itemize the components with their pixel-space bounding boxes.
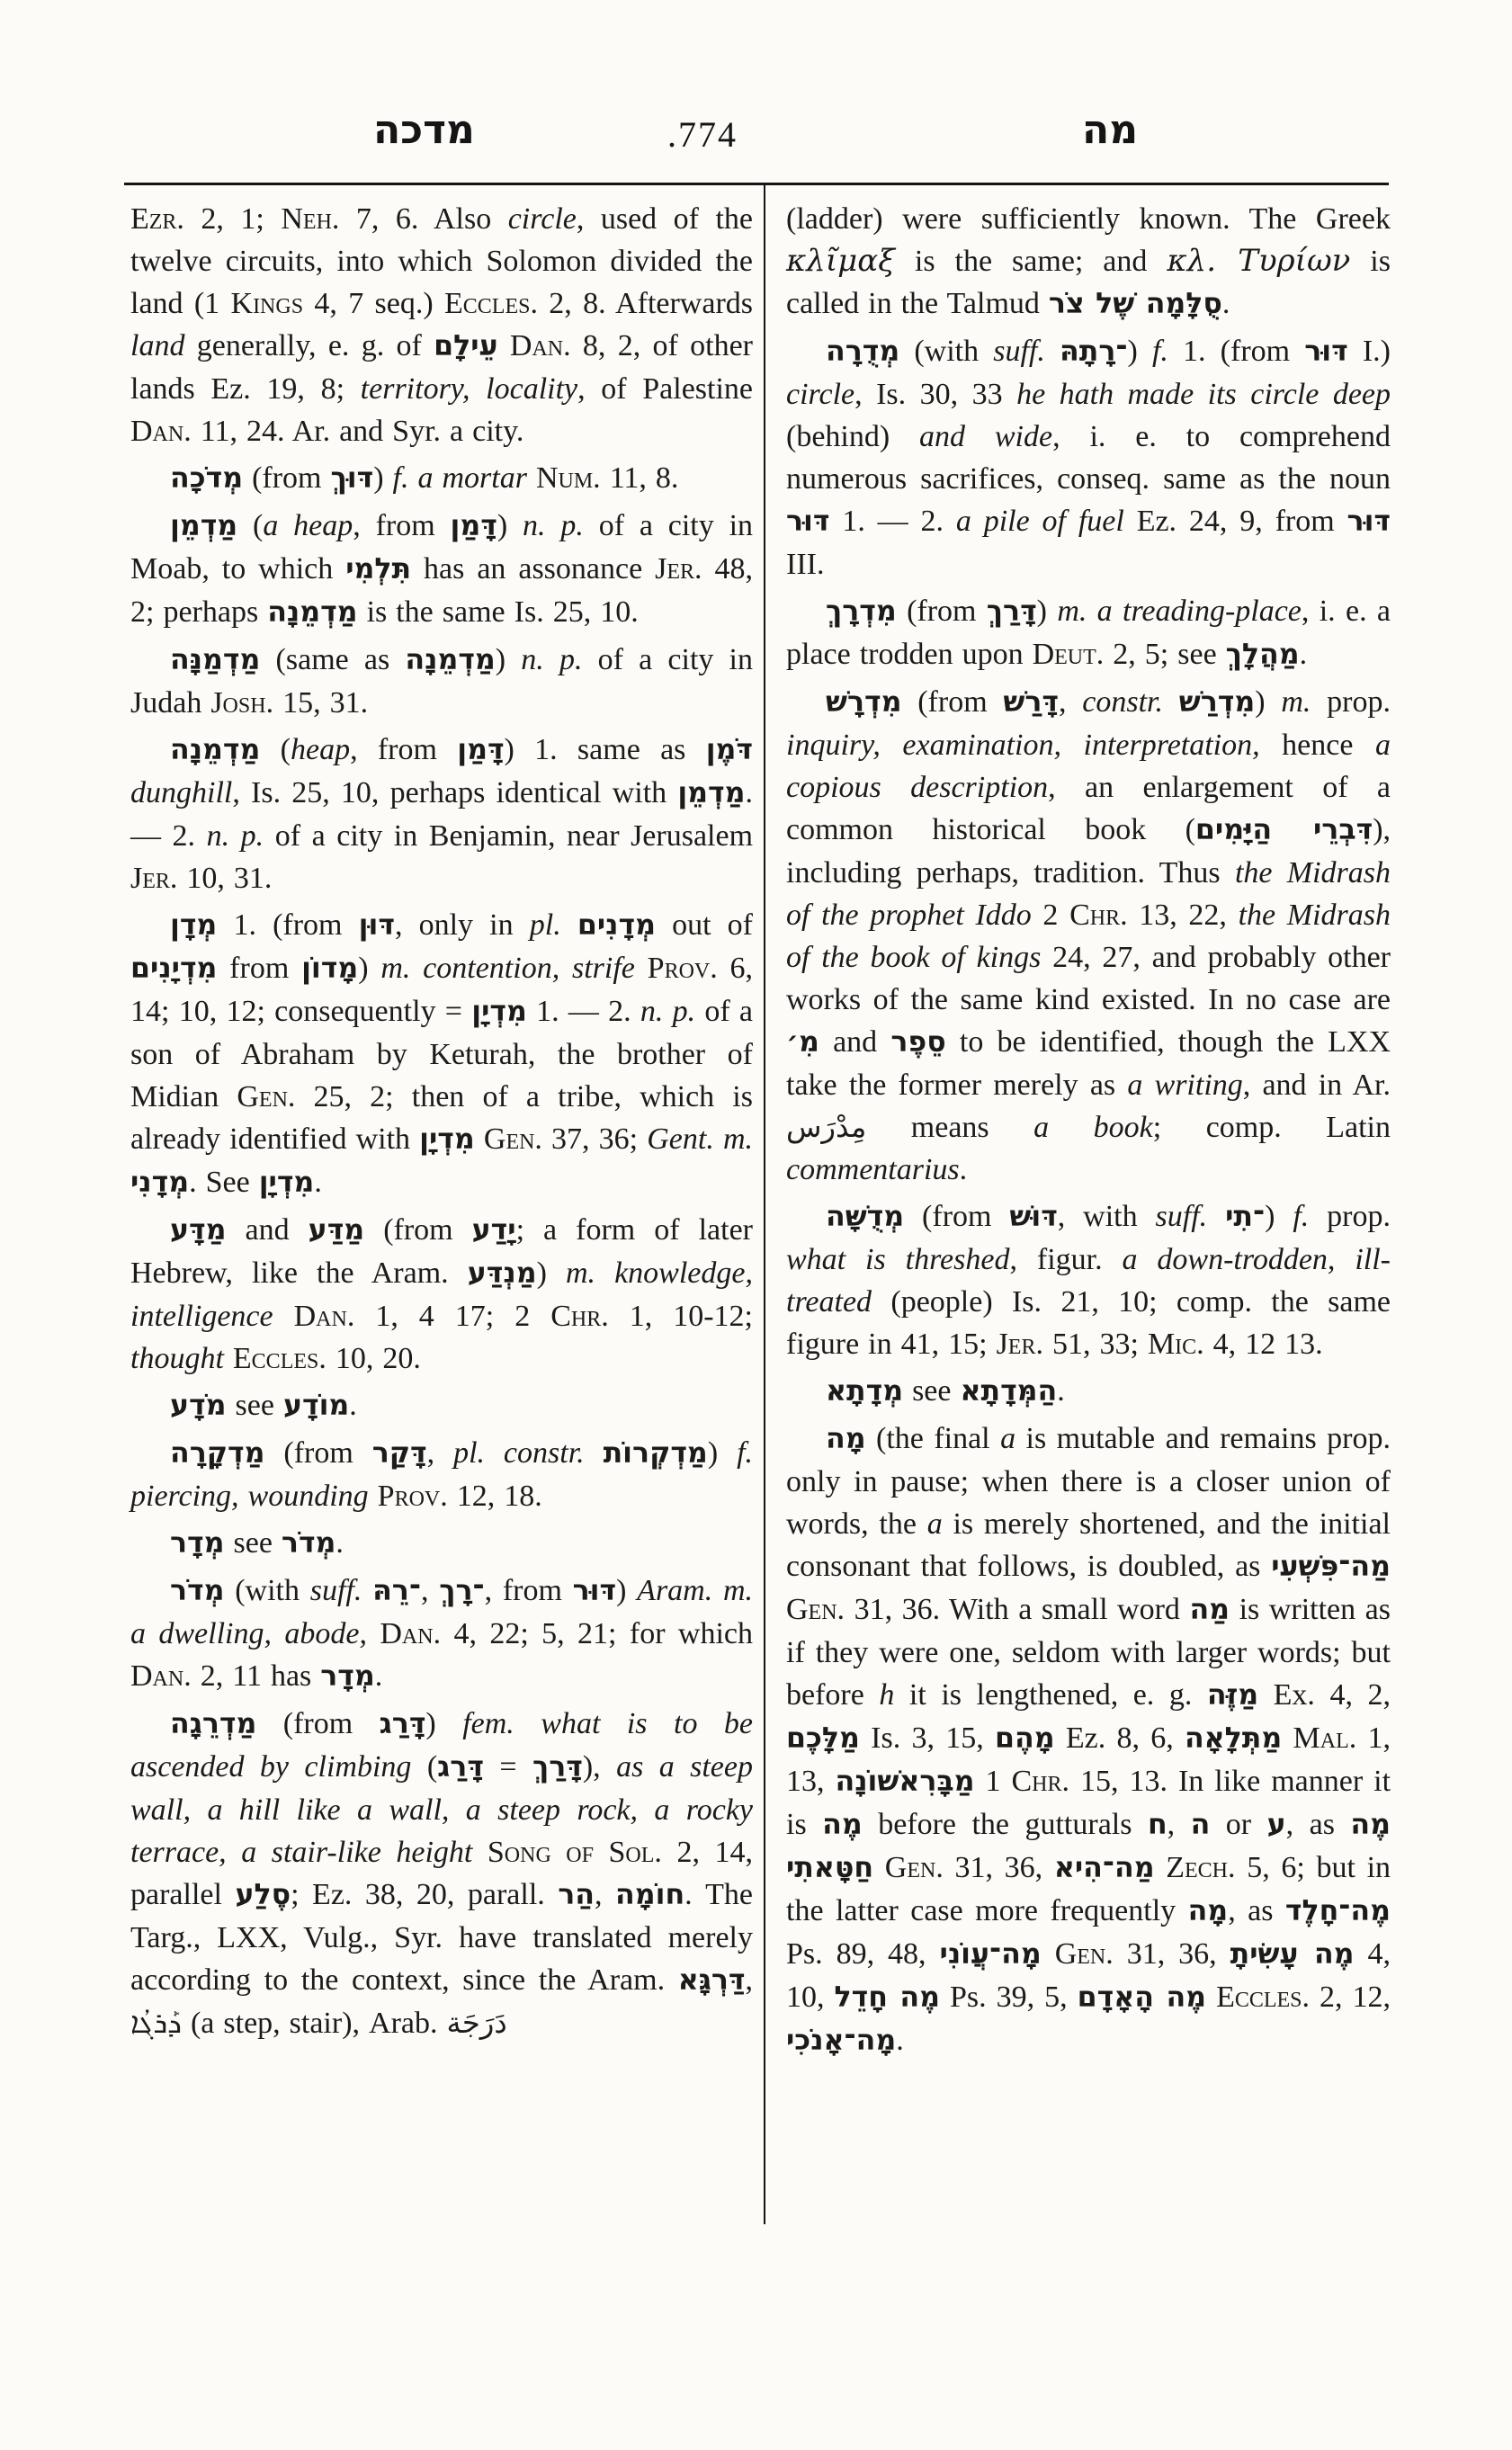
hebrew-text: מִדְיָן xyxy=(471,996,527,1028)
hebrew-text: דּוּר xyxy=(573,1575,616,1607)
body-text: , and in Ar. xyxy=(1243,1069,1391,1102)
body-text: ( xyxy=(237,509,263,542)
italic-text: land xyxy=(130,329,184,362)
body-text xyxy=(475,1122,484,1156)
body-text: (from xyxy=(256,1707,379,1740)
hebrew-text: מַדַּע xyxy=(309,1214,365,1247)
body-text: , of Palestine xyxy=(577,372,753,406)
body-text: from xyxy=(217,952,301,985)
body-text: , xyxy=(1168,1808,1191,1841)
italic-text: and wide xyxy=(919,420,1052,453)
hebrew-text: מְדֹכָה xyxy=(170,462,243,495)
body-text: generally, e. g. of xyxy=(184,329,434,362)
hebrew-text: ־רָתָהּ xyxy=(1060,335,1127,368)
body-text: 1. — 2. xyxy=(527,995,640,1028)
hebrew-text: סֶלַע xyxy=(235,1879,291,1911)
body-text: . xyxy=(1222,287,1230,320)
body-text: prop. xyxy=(1309,1200,1391,1233)
entry-paragraph: מַדְמֵנָה (heap, from דָּמַן) 1. same as… xyxy=(130,729,753,899)
body-text: , from xyxy=(353,509,450,542)
hebrew-text: מֶה חָדֵל xyxy=(835,1981,941,2014)
hebrew-text: דָּרַךְ xyxy=(987,595,1037,628)
hebrew-text: דָּרַג xyxy=(380,1708,426,1740)
reference-text: Dan. xyxy=(130,1659,192,1693)
entry-paragraph: מַדְמַנָּה (same as מַדְמֵנָה) n. p. of … xyxy=(130,639,753,724)
body-text xyxy=(224,1342,233,1375)
body-text: 11, 24. Ar. and Syr. a city. xyxy=(192,415,524,448)
continuation-paragraph: Ezr. 2, 1; Neh. 7, 6. Also circle, used … xyxy=(130,198,753,452)
hebrew-text: מָה xyxy=(1188,1895,1229,1927)
body-text xyxy=(367,1617,380,1650)
body-text: (from xyxy=(901,685,1003,719)
reference-text: Chr. xyxy=(1069,899,1128,932)
hebrew-text: מָדוֹן xyxy=(301,952,358,985)
reference-text: Gen. xyxy=(237,1080,295,1113)
hebrew-text: דָּמַן xyxy=(457,734,504,766)
body-text xyxy=(1163,685,1179,719)
italic-text: thought xyxy=(130,1342,224,1375)
body-text: ), xyxy=(583,1750,616,1784)
reference-text: Gen. xyxy=(484,1122,542,1156)
body-text: , xyxy=(595,1878,615,1911)
body-text: see xyxy=(227,1389,283,1422)
hebrew-text: דֹּמֶן xyxy=(706,734,753,766)
hebrew-text: מִדְיָנִים xyxy=(130,952,217,985)
hebrew-text: מֶה־חָלֶד xyxy=(1285,1895,1391,1927)
hebrew-text: מְדָתָא xyxy=(826,1375,903,1408)
hebrew-text: דָּקַר xyxy=(372,1437,427,1470)
entry-paragraph: מָה (the final a is mutable and remains … xyxy=(786,1417,1391,2062)
italic-text: heap xyxy=(291,733,350,766)
body-text: ) xyxy=(537,1256,566,1290)
entry-paragraph: מְדֹכָה (from דּוּךְ) f. a mortar Num. 1… xyxy=(130,457,753,500)
body-text: ) 1. same as xyxy=(505,733,706,766)
reference-text: Deut. xyxy=(1033,638,1105,671)
arabic-text: مِدْرَس xyxy=(786,1110,866,1144)
italic-text: territory, locality xyxy=(361,372,577,406)
hebrew-text: דּוּר xyxy=(1347,505,1391,538)
hebrew-text: מַה xyxy=(1189,1594,1230,1626)
hebrew-text: מַדְמֵן xyxy=(677,777,745,809)
italic-text: suff. xyxy=(993,335,1045,368)
body-text: or xyxy=(1210,1808,1266,1841)
body-text: , from xyxy=(350,733,457,766)
reference-text: Eccles. xyxy=(1216,1981,1310,2014)
body-text: (with xyxy=(899,335,993,368)
reference-text: Jer. xyxy=(655,552,702,586)
body-text: (with xyxy=(225,1574,310,1607)
italic-text: n. p. xyxy=(521,643,582,676)
body-text: (from xyxy=(264,1436,371,1470)
body-text xyxy=(369,1480,378,1513)
hebrew-text: מוֹדָע xyxy=(283,1390,349,1422)
body-text: , Is. 25, 10, perhaps identical with xyxy=(232,776,677,809)
body-text: . xyxy=(960,1153,968,1186)
hebrew-text: מִדְרָשׁ xyxy=(826,686,901,719)
reference-text: Eccles. xyxy=(233,1342,327,1375)
body-text: , xyxy=(1059,685,1082,719)
body-text: , from xyxy=(485,1574,573,1607)
body-text: 4, 7 seq.) xyxy=(303,287,444,320)
hebrew-text: מָה־אָנֹכִי xyxy=(786,2025,896,2057)
hebrew-text: מִדְיָן xyxy=(259,1167,315,1199)
body-text: 2, 1; xyxy=(184,202,281,236)
reference-text: Gen. xyxy=(786,1593,845,1626)
body-text: 10, 20. xyxy=(327,1342,421,1375)
entry-paragraph: מִדְרָשׁ (from דָּרַשׁ, constr. מִדְרַשׁ… xyxy=(786,681,1391,1191)
body-text: (from xyxy=(243,461,330,495)
body-text: = xyxy=(484,1750,532,1784)
hebrew-text: מַנְדַּע xyxy=(468,1257,537,1290)
hebrew-text: מַדְמַנָּה xyxy=(170,644,260,676)
entry-paragraph: מַדָּע and מַדַּע (from יָדַע; a form of… xyxy=(130,1209,753,1380)
header-rule xyxy=(124,183,1389,185)
body-text xyxy=(1206,1981,1216,2014)
italic-text: m. contention, strife xyxy=(380,952,635,985)
running-head-left: מדכה xyxy=(373,106,475,155)
reference-text: Jer. xyxy=(130,862,177,895)
italic-text: pl. xyxy=(530,908,561,942)
hebrew-text: מַבָּרִאשׁוֹנָה xyxy=(835,1766,974,1798)
hebrew-text: מְדָן xyxy=(170,909,217,942)
hebrew-text: דָּמַן xyxy=(451,510,497,542)
body-text: (same as xyxy=(260,643,405,676)
hebrew-text: מִדְיָן xyxy=(419,1123,475,1156)
hebrew-text: סֻלָּמָה שֶׁל צֹר xyxy=(1049,288,1222,320)
italic-text: m. xyxy=(1281,685,1311,719)
hebrew-text: מְדֻשָּׁה xyxy=(826,1201,904,1233)
hebrew-text: מִדְרָךְ xyxy=(826,595,897,628)
body-text: , with xyxy=(1058,1200,1156,1233)
body-text: 1. (from xyxy=(217,908,358,942)
body-text: Ex. 4, 2, xyxy=(1258,1678,1391,1712)
entry-paragraph: מִדְרָךְ (from דָּרַךְ) m. a treading-pl… xyxy=(786,590,1391,676)
body-text: 31, 36. With a small word xyxy=(845,1593,1189,1626)
body-text: , xyxy=(746,1963,754,1997)
body-text: ) xyxy=(708,1436,737,1470)
body-text: Ps. 89, 48, xyxy=(786,1937,940,1971)
body-text: before the gutturals xyxy=(863,1808,1148,1841)
reference-text: Ezr. xyxy=(130,202,184,236)
italic-text: n. p. xyxy=(207,819,264,853)
body-text: . xyxy=(375,1659,383,1693)
hebrew-text: מְדֹר xyxy=(170,1575,225,1607)
body-text xyxy=(472,1836,488,1869)
body-text: 10, 31. xyxy=(177,862,272,895)
body-text: (ladder) were sufficiently known. The Gr… xyxy=(786,202,1391,236)
italic-text: Gent. m. xyxy=(647,1122,753,1156)
body-text: ) xyxy=(1127,335,1151,368)
hebrew-text: הַמְּדָתָא xyxy=(960,1375,1057,1408)
entry-paragraph: מַדְרֵגָה (from דָּרַג) fem. what is to … xyxy=(130,1703,753,2044)
italic-text: m. a treading-place xyxy=(1057,595,1302,628)
body-text: ) xyxy=(373,461,392,495)
body-text: (the final xyxy=(866,1422,1000,1455)
italic-text: n. p. xyxy=(523,509,584,542)
hebrew-text: עֵילָם xyxy=(434,330,497,362)
left-column: Ezr. 2, 1; Neh. 7, 6. Also circle, used … xyxy=(130,198,753,2044)
body-text: 2, 8. Afterwards xyxy=(538,287,753,320)
reference-text: Kings xyxy=(231,287,304,320)
body-text: 13, 22, xyxy=(1128,899,1239,932)
right-column: (ladder) were sufficiently known. The Gr… xyxy=(786,198,1391,2062)
body-text: see xyxy=(903,1374,960,1408)
entry-paragraph: מַדְמֵן (a heap, from דָּמַן) n. p. of a… xyxy=(130,505,753,634)
entry-paragraph: מְדָתָא see הַמְּדָתָא. xyxy=(786,1370,1391,1413)
hebrew-text: מֶה עָשִׂיתָ xyxy=(1230,1938,1355,1971)
hebrew-text: ה xyxy=(1191,1809,1211,1841)
italic-text: a xyxy=(927,1507,943,1541)
hebrew-text: סֵפֶר xyxy=(890,1026,945,1059)
body-text: ( xyxy=(411,1750,437,1784)
body-text: it is lengthened, e. g. xyxy=(894,1678,1207,1712)
hebrew-text: ע xyxy=(1267,1809,1286,1841)
reference-text: Zech. xyxy=(1166,1851,1235,1884)
body-text: 12, 18. xyxy=(448,1480,542,1513)
reference-text: Song of Sol. xyxy=(488,1836,662,1869)
body-text: (from xyxy=(897,595,987,628)
hebrew-text: מָה xyxy=(826,1423,866,1455)
body-text xyxy=(527,461,536,495)
italic-text: f. xyxy=(1293,1200,1309,1233)
arabic-text: دَرَجَة xyxy=(447,2006,507,2040)
body-text: see xyxy=(225,1526,282,1560)
hebrew-text: מָהֶם xyxy=(995,1722,1055,1755)
body-text: 7, 6. Also xyxy=(339,202,507,236)
reference-text: Num. xyxy=(536,461,601,495)
body-text: 37, 36; xyxy=(542,1122,647,1156)
italic-text: commentarius xyxy=(786,1153,960,1186)
body-text: Is. 3, 15, xyxy=(860,1721,995,1755)
body-text: hence xyxy=(1260,729,1375,762)
entry-paragraph: מְדֹר (with suff. ־רֵהּ, ־רָךְ, from דּו… xyxy=(130,1569,753,1698)
body-text: , figur. xyxy=(1009,1243,1122,1276)
body-text xyxy=(1045,335,1060,368)
body-text: 1, 10-12; xyxy=(609,1300,753,1333)
body-text: is the same; and xyxy=(895,245,1167,278)
body-text: I.) xyxy=(1348,335,1391,368)
hebrew-text: דָּרַךְ xyxy=(532,1751,583,1784)
body-text: 2 xyxy=(1032,899,1069,932)
body-text xyxy=(873,1851,885,1884)
entry-paragraph: מְדָר see מְדֹר. xyxy=(130,1522,753,1565)
hebrew-text: מְדָר xyxy=(320,1660,375,1693)
entry-paragraph: מְדֻרָה (with suff. ־רָתָהּ) f. 1. (from… xyxy=(786,330,1391,586)
reference-text: Prov. xyxy=(378,1480,448,1513)
body-text: 51, 33; xyxy=(1043,1328,1148,1361)
reference-text: Mal. xyxy=(1293,1721,1357,1755)
body-text: . xyxy=(896,2024,904,2057)
hebrew-text: ח xyxy=(1148,1809,1168,1841)
body-text: . xyxy=(336,1526,344,1560)
body-text: 2, 12, xyxy=(1310,1981,1391,2014)
hebrew-text: מַה־הִיא xyxy=(1054,1852,1155,1884)
syriac-text: ܕܰܪܓܳܐ xyxy=(130,2006,182,2040)
body-text: of a city in Benjamin, near Jerusalem xyxy=(264,819,753,853)
body-text: . See xyxy=(189,1166,259,1199)
body-text: Ez. 8, 6, xyxy=(1055,1721,1185,1755)
reference-text: Dan. xyxy=(294,1300,355,1333)
reference-text: Dan. xyxy=(510,329,571,362)
hebrew-text: דִּבְרֵי הַיָּמִים xyxy=(1195,814,1373,846)
italic-text: suff. xyxy=(310,1574,362,1607)
italic-text: a writing xyxy=(1127,1069,1242,1102)
body-text: ; Ez. 38, 20, parall. xyxy=(291,1878,558,1911)
italic-text: circle xyxy=(508,202,577,236)
body-text: Ez. 24, 9, from xyxy=(1124,505,1347,538)
hebrew-text: מִ׳ xyxy=(786,1026,819,1059)
reference-text: Dan. xyxy=(130,415,192,448)
italic-text: constr. xyxy=(1082,685,1163,719)
body-text: III. xyxy=(786,548,824,581)
hebrew-text: מַדְקָרָה xyxy=(170,1437,264,1470)
hebrew-text: מְדָנִי xyxy=(130,1167,189,1199)
body-text: . xyxy=(1300,638,1308,671)
hebrew-text: מַדְמֵנָה xyxy=(170,734,260,766)
page-number: .774 xyxy=(667,113,738,156)
hebrew-text: דּוּר xyxy=(786,505,829,538)
greek-text: κλ. Τυρίων xyxy=(1167,243,1350,279)
body-text: and xyxy=(227,1213,309,1247)
hebrew-text: ־רָךְ xyxy=(439,1575,484,1607)
body-text: 2, 11 has xyxy=(192,1659,321,1693)
hebrew-text: מַזֶּה xyxy=(1207,1679,1258,1712)
hebrew-text: מָה־עֲוֹנִי xyxy=(940,1938,1042,1971)
hebrew-text: מַתְּלָאָה xyxy=(1185,1722,1282,1755)
body-text: ) xyxy=(1265,1200,1293,1233)
hebrew-text: דּוּן xyxy=(359,909,395,942)
body-text: , xyxy=(427,1436,453,1470)
hebrew-text: דַּרְגָּא xyxy=(678,1964,746,1997)
body-text: 15, 31. xyxy=(273,686,368,720)
hebrew-text: מְדֹר xyxy=(282,1527,336,1560)
hebrew-text: מַה־פִּשְׁעִי xyxy=(1271,1551,1391,1583)
running-head-right: מה xyxy=(1082,106,1138,155)
body-text: ) xyxy=(425,1707,462,1740)
italic-text: dunghill xyxy=(130,776,232,809)
body-text: . xyxy=(349,1389,357,1422)
body-text: 1. (from xyxy=(1168,335,1304,368)
italic-text: n. p. xyxy=(640,995,695,1028)
entry-paragraph: מַדְקָרָה (from דָּקַר, pl. constr. מַדְ… xyxy=(130,1432,753,1517)
italic-text: f. a mortar xyxy=(393,461,527,495)
body-text: (from xyxy=(904,1200,1009,1233)
body-text xyxy=(1207,1200,1225,1233)
reference-text: Gen. xyxy=(1055,1937,1114,1971)
body-text: 4, 12 13. xyxy=(1204,1328,1323,1361)
hebrew-text: מַלָּכֶם xyxy=(786,1722,860,1755)
reference-text: Jer. xyxy=(997,1328,1043,1361)
italic-text: a xyxy=(1000,1422,1015,1455)
body-text xyxy=(498,329,510,362)
hebrew-text: דָּרַשׁ xyxy=(1003,686,1059,719)
body-text xyxy=(273,1300,294,1333)
body-text: Ps. 39, 5, xyxy=(940,1981,1078,2014)
body-text xyxy=(1282,1721,1293,1755)
body-text: ; comp. Latin xyxy=(1153,1111,1391,1144)
body-text: , only in xyxy=(395,908,530,942)
italic-text: circle xyxy=(786,378,854,411)
italic-text: h xyxy=(879,1678,894,1712)
reference-text: Mic. xyxy=(1148,1328,1204,1361)
hebrew-text: מַהֲלָךְ xyxy=(1226,639,1300,671)
column-divider xyxy=(764,183,765,2224)
body-text: (behind) xyxy=(786,420,919,453)
body-text: (a step, stair), Arab. xyxy=(182,2007,447,2040)
italic-text: what is threshed xyxy=(786,1243,1009,1276)
body-text: ) xyxy=(358,952,380,985)
body-text: has an assonance xyxy=(411,552,655,586)
hebrew-text: מַדְמֵנָה xyxy=(267,596,357,629)
italic-text: he hath made its circle deep xyxy=(1016,378,1391,411)
body-text: . xyxy=(1057,1374,1065,1408)
body-text: prop. xyxy=(1311,685,1391,719)
hebrew-text: יָדַע xyxy=(472,1214,516,1247)
hebrew-text: תִּלְמִי xyxy=(345,553,411,586)
hebrew-text: ־תִי xyxy=(1225,1201,1265,1233)
hebrew-text: מַדְמֵנָה xyxy=(405,644,495,676)
body-text: 1, 4 17; 2 xyxy=(354,1300,550,1333)
hebrew-text: מִדְרַשׁ xyxy=(1179,686,1255,719)
hebrew-text: מַדְקְרוֹת xyxy=(604,1437,708,1470)
continuation-paragraph: (ladder) were sufficiently known. The Gr… xyxy=(786,198,1391,326)
body-text: ) xyxy=(497,509,523,542)
hebrew-text: ־רֵהּ xyxy=(372,1575,421,1607)
reference-text: Prov. xyxy=(648,952,718,985)
body-text: 11, 8. xyxy=(601,461,679,495)
entry-paragraph: מְדֻשָּׁה (from דּוּשׁ, with suff. ־תִי)… xyxy=(786,1195,1391,1365)
hebrew-text: מֶה xyxy=(822,1809,863,1841)
reference-text: Dan. xyxy=(380,1617,441,1650)
body-text xyxy=(1042,1937,1055,1971)
scanned-lexicon-page: מדכה .774 מה Ezr. 2, 1; Neh. 7, 6. Also … xyxy=(0,0,1512,2450)
italic-text: a book xyxy=(1033,1111,1153,1144)
hebrew-text: דָּרַג xyxy=(437,1751,484,1784)
body-text: and xyxy=(819,1025,890,1059)
body-text: , Is. 30, 33 xyxy=(854,378,1016,411)
hebrew-text: דּוּר xyxy=(1304,335,1347,368)
body-text: , xyxy=(421,1574,439,1607)
hebrew-text: מַדְמֵן xyxy=(170,510,237,542)
body-text: 31, 36, xyxy=(1114,1937,1230,1971)
hebrew-text: מַדְרֵגָה xyxy=(170,1708,256,1740)
hebrew-text: מֹדָע xyxy=(170,1390,227,1422)
reference-text: Chr. xyxy=(550,1300,609,1333)
body-text: (from xyxy=(364,1213,471,1247)
entry-paragraph: מְדָן 1. (from דּוּן, only in pl. מְדָנִ… xyxy=(130,904,753,1204)
hebrew-text: דּוּךְ xyxy=(331,462,374,495)
body-text: , as xyxy=(1228,1894,1285,1927)
body-text: 1 xyxy=(975,1765,1012,1798)
body-text: 1. — 2. xyxy=(829,505,955,538)
greek-text: κλῖμαξ xyxy=(786,243,895,279)
body-text: is the same Is. 25, 10. xyxy=(358,595,639,629)
entry-paragraph: מֹדָע see מוֹדָע. xyxy=(130,1384,753,1427)
hebrew-text: מֶה הָאָדָם xyxy=(1078,1981,1206,2014)
body-text xyxy=(635,952,648,985)
body-text xyxy=(561,908,577,942)
reference-text: Chr. xyxy=(1012,1765,1070,1798)
body-text: out of xyxy=(656,908,753,942)
body-text: 4, 22; 5, 21; for which xyxy=(441,1617,753,1650)
body-text xyxy=(1155,1851,1167,1884)
body-text: ( xyxy=(260,733,291,766)
body-text: . xyxy=(314,1166,322,1199)
body-text: , as xyxy=(1286,1808,1351,1841)
italic-text: pl. constr. xyxy=(453,1436,585,1470)
body-text: ) xyxy=(1037,595,1058,628)
hebrew-text: מְדָנִים xyxy=(577,909,656,942)
